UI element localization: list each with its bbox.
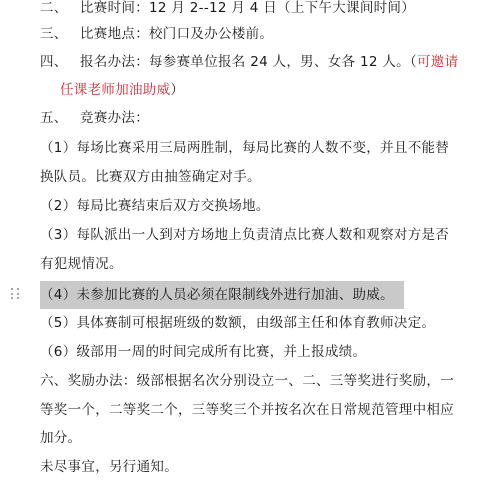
drag-handle-icon[interactable] — [11, 288, 20, 300]
rule-3-line-1: （3）每队派出一人到对方场地上负责清点比赛人数和观察对方是否 — [40, 224, 449, 246]
item-text: 报名办法：每参赛单位报名 24 人，男、女各 12 人。（ — [80, 54, 417, 70]
red-note-continued: 任课老师加油助威 — [60, 82, 170, 98]
rule-3-line-2: 有犯规情况。 — [40, 253, 123, 275]
item-number: 三、 — [40, 23, 80, 45]
awards-line-3: 加分。 — [40, 427, 81, 449]
rule-6: （6）级部用一周的时间完成所有比赛，并上报成绩。 — [40, 341, 366, 363]
item-time: 二、比赛时间：12 月 2--12 月 4 日（上下午大课间时间） — [40, 0, 415, 19]
awards-line-2: 等奖一个，二等奖二个，三等奖三个并按名次在日常规范管理中相应 — [40, 399, 454, 421]
item-text: 比赛地点：校门口及办公楼前。 — [80, 26, 273, 42]
item-text: 竞赛办法： — [80, 110, 149, 126]
rule-1-line-2: 换队员。比赛双方由抽签确定对手。 — [40, 166, 261, 188]
rule-5: （5）具体赛制可根据班级的数额，由级部主任和体育教师决定。 — [40, 312, 435, 334]
item-location: 三、比赛地点：校门口及办公楼前。 — [40, 23, 273, 45]
item-number: 二、 — [40, 0, 80, 19]
item-text: 比赛时间：12 月 2--12 月 4 日（上下午大课间时间） — [80, 0, 415, 16]
item-number: 五、 — [40, 107, 80, 129]
closing-note: 未尽事宜，另行通知。 — [40, 456, 178, 478]
awards-line-1: 六、奖励办法：级部根据名次分别设立一、二、三等奖进行奖励，一 — [40, 370, 454, 392]
item-number: 四、 — [40, 51, 80, 73]
item-method: 五、竞赛办法： — [40, 107, 149, 129]
item-registration: 四、报名办法：每参赛单位报名 24 人，男、女各 12 人。（可邀请 — [40, 51, 458, 73]
red-note: 可邀请 — [417, 54, 458, 70]
paren-close: ） — [170, 82, 184, 98]
rule-2: （2）每局比赛结束后双方交换场地。 — [40, 195, 270, 217]
item-registration-continued: 任课老师加油助威） — [60, 79, 184, 101]
rule-4-highlighted[interactable]: （4）未参加比赛的人员必须在限制线外进行加油、助威。 — [40, 281, 404, 309]
rule-1-line-1: （1）每场比赛采用三局两胜制，每局比赛的人数不变，并且不能替 — [40, 137, 449, 159]
document-page: 二、比赛时间：12 月 2--12 月 4 日（上下午大课间时间） 三、比赛地点… — [0, 0, 480, 480]
